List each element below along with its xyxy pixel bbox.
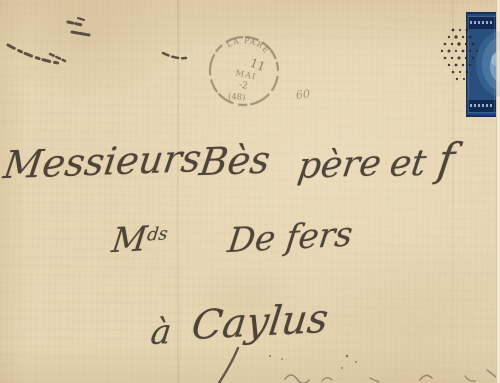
letter-cover: LA PARE IN PC 11 MAI -2 (48) 60 bbox=[0, 0, 500, 383]
address-line2-abbreviation: Mds bbox=[110, 221, 169, 258]
address-line1-word-f-cutoff: f bbox=[435, 138, 458, 183]
pencil-rate-note: 60 bbox=[295, 87, 311, 102]
postmark-department: (48) bbox=[228, 91, 246, 103]
paper-right-edge bbox=[496, 0, 500, 383]
address-line2-m: M bbox=[110, 219, 150, 261]
postmark-arc-text: LA PARE IN PC bbox=[179, 0, 284, 59]
address-line1-word-pere: père bbox=[295, 146, 383, 185]
address-line1-word-messieurs: Messieurs bbox=[1, 139, 203, 184]
postmark-stamp: LA PARE IN PC 11 MAI -2 (48) bbox=[166, 0, 323, 149]
postmark-levee-number: -2 bbox=[238, 80, 249, 92]
dotted-lozenge-cancel bbox=[436, 24, 498, 86]
cutoff-writing-bottom bbox=[0, 338, 500, 383]
address-line2-superscript: ds bbox=[146, 224, 169, 245]
address-line1-word-et: et bbox=[387, 146, 428, 183]
address-line2-trade: De fers bbox=[226, 217, 355, 258]
address-line1-word-bes: Bès bbox=[197, 140, 272, 181]
